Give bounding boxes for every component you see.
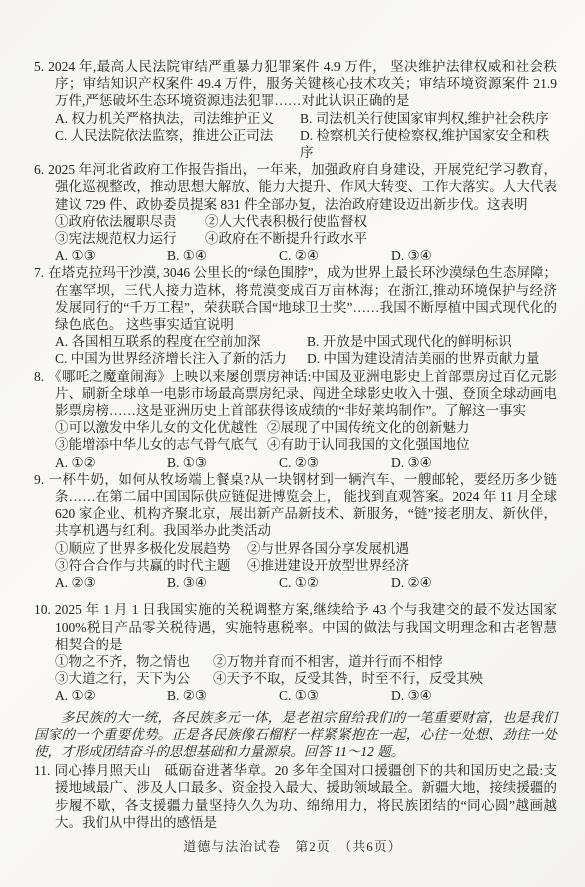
question-5-option-c: C. 人民法院依法监察，推进公正司法 [55, 127, 300, 161]
question-11-number: 11. [34, 763, 54, 778]
question-6-items-34: ③宪法规范权力运行 ④政府在不断提升行政水平 [55, 230, 557, 247]
question-9-item-1: ①顺应了世界多极化发展趋势 [55, 540, 247, 557]
question-9-item-2: ②与世界各国分享发展机遇 [247, 540, 409, 557]
question-7-option-a: A. 各国相互联系的程度在空前加深 [55, 333, 307, 350]
question-9-items-12: ①顺应了世界多极化发展趋势 ②与世界各国分享发展机遇 [55, 540, 557, 557]
question-8-item-2: ②展现了中国传统文化的创新魅力 [267, 419, 470, 436]
question-6-choice-b: B. ①④ [167, 247, 279, 264]
question-9-item-3: ③符合合作与共赢的时代主题 [55, 557, 247, 574]
question-6-stem: 6.2025 年河北省政府工作报告指出，一年来，加强政府自身建设，开展党纪学习教… [55, 161, 557, 213]
question-6-item-4: ④政府在不断提升行政水平 [205, 230, 367, 247]
question-11: 11.同心捧月照天山 砥砺奋进著华章。20 多年全国对口援疆创下的共和国历史之最… [34, 762, 557, 831]
question-11-stem: 11.同心捧月照天山 砥砺奋进著华章。20 多年全国对口援疆创下的共和国历史之最… [55, 762, 557, 831]
question-7-options-cd: C. 中国为世界经济增长注入了新的活力 D. 中国为建设清洁美丽的世界贡献力量 [55, 350, 557, 367]
question-9-text: 一杯牛奶，如何从牧场端上餐桌?从一块钢材到一辆汽车、一艘邮轮，要经历多少链条……… [48, 472, 557, 539]
material-intro-11-12: 多民族的大一统，各民族多元一体，是老祖宗留给我们的一笔重要财富，也是我们国家的一… [34, 709, 557, 761]
question-10-item-3: ③大道之行，天下为公 [55, 670, 213, 687]
question-6-items-12: ①政府依法履职尽责 ②人大代表积极行使监督权 [55, 213, 557, 230]
question-8-items-34: ③能增添中华儿女的志气骨气底气 ④有助于认同我国的文化强国地位 [55, 436, 557, 453]
question-10-item-1: ①物之不齐，物之情也 [55, 653, 213, 670]
question-7-number: 7. [34, 265, 48, 280]
question-7-stem: 7.在塔克拉玛干沙漠, 3046 公里长的“绿色围脖”，成为世界上最长环沙漠绿色… [55, 264, 557, 333]
question-10-choices: A. ①② B. ②③ C. ①③ D. ③④ [55, 687, 557, 704]
question-10-item-2: ②万物并育而不相害，道并行而不相悖 [213, 653, 443, 670]
question-10-item-4: ④天予不取，反受其咎，时至不行，反受其殃 [213, 670, 483, 687]
question-9-stem: 9.一杯牛奶，如何从牧场端上餐桌?从一块钢材到一辆汽车、一艘邮轮，要经历多少链条… [55, 471, 557, 540]
question-8-choice-a: A. ①② [55, 454, 167, 471]
question-5-options-cd: C. 人民法院依法监察，推进公正司法 D. 检察机关行使检察权,维护国家安全和秩… [55, 127, 557, 161]
question-6: 6.2025 年河北省政府工作报告指出，一年来，加强政府自身建设，开展党纪学习教… [34, 161, 557, 264]
question-5-option-d: D. 检察机关行使检察权,维护国家安全和秩序 [300, 127, 557, 161]
question-8-item-4: ④有助于认同我国的文化强国地位 [267, 436, 470, 453]
question-9-items-34: ③符合合作与共赢的时代主题 ④推进建设开放型世界经济 [55, 557, 557, 574]
question-6-item-3: ③宪法规范权力运行 [55, 230, 205, 247]
question-9: 9.一杯牛奶，如何从牧场端上餐桌?从一块钢材到一辆汽车、一艘邮轮，要经历多少链条… [34, 471, 557, 591]
question-8-item-3: ③能增添中华儿女的志气骨气底气 [55, 436, 267, 453]
question-5-stem: 5.2024 年,最高人民法院审结严重暴力犯罪案件 4.9 万件， 坚决维护法律… [55, 58, 557, 110]
question-8-number: 8. [34, 369, 48, 384]
question-8: 8.《哪吒之魔童闹海》上映以来屡创票房神话:中国及亚洲电影史上首部票房过百亿元影… [34, 368, 557, 471]
question-5-number: 5. [34, 59, 48, 74]
question-9-item-4: ④推进建设开放型世界经济 [247, 557, 409, 574]
question-9-choice-d: D. ②④ [391, 574, 557, 591]
question-6-choices: A. ①③ B. ①④ C. ②④ D. ③④ [55, 247, 557, 264]
question-9-choice-a: A. ②③ [55, 574, 167, 591]
question-10: 10.2025 年 1 月 1 日我国实施的关税调整方案,继续给予 43 个与我… [34, 601, 557, 704]
question-8-text: 《哪吒之魔童闹海》上映以来屡创票房神话:中国及亚洲电影史上首部票房过百亿元影片、… [48, 369, 557, 418]
question-9-choice-b: B. ③④ [167, 574, 279, 591]
question-6-item-1: ①政府依法履职尽责 [55, 213, 205, 230]
question-7-option-c: C. 中国为世界经济增长注入了新的活力 [55, 350, 307, 367]
question-7-option-b: B. 开放是中国式现代化的鲜明标识 [307, 333, 557, 350]
question-7: 7.在塔克拉玛干沙漠, 3046 公里长的“绿色围脖”，成为世界上最长环沙漠绿色… [34, 264, 557, 367]
question-9-choice-c: C. ①② [279, 574, 391, 591]
question-10-choice-b: B. ②③ [167, 687, 279, 704]
question-6-number: 6. [34, 162, 48, 177]
question-6-choice-c: C. ②④ [279, 247, 391, 264]
question-9-number: 9. [34, 472, 48, 487]
question-8-choices: A. ①② B. ①③ C. ②③ D. ③④ [55, 454, 557, 471]
question-8-stem: 8.《哪吒之魔童闹海》上映以来屡创票房神话:中国及亚洲电影史上首部票房过百亿元影… [55, 368, 557, 420]
question-10-number: 10. [34, 602, 55, 617]
question-6-choice-d: D. ③④ [391, 247, 557, 264]
question-10-choice-c: C. ①③ [279, 687, 391, 704]
question-10-choice-d: D. ③④ [391, 687, 557, 704]
question-5-option-a: A. 权力机关严格执法，司法维护正义 [55, 110, 300, 127]
question-11-text: 同心捧月照天山 砥砺奋进著华章。20 多年全国对口援疆创下的共和国历史之最:支援… [54, 763, 557, 830]
question-8-items-12: ①可以激发中华儿女的文化优越性 ②展现了中国传统文化的创新魅力 [55, 419, 557, 436]
question-7-text: 在塔克拉玛干沙漠, 3046 公里长的“绿色围脖”，成为世界上最长环沙漠绿色生态… [48, 265, 557, 332]
question-10-stem: 10.2025 年 1 月 1 日我国实施的关税调整方案,继续给予 43 个与我… [55, 601, 557, 653]
question-6-choice-a: A. ①③ [55, 247, 167, 264]
question-7-options-ab: A. 各国相互联系的程度在空前加深 B. 开放是中国式现代化的鲜明标识 [55, 333, 557, 350]
question-10-text: 2025 年 1 月 1 日我国实施的关税调整方案,继续给予 43 个与我建交的… [55, 602, 557, 651]
question-6-text: 2025 年河北省政府工作报告指出，一年来，加强政府自身建设，开展党纪学习教育，… [48, 162, 557, 211]
exam-page: 5.2024 年,最高人民法院审结严重暴力犯罪案件 4.9 万件， 坚决维护法律… [0, 0, 585, 887]
question-10-items-12: ①物之不齐，物之情也 ②万物并育而不相害，道并行而不相悖 [55, 653, 557, 670]
question-7-option-d: D. 中国为建设清洁美丽的世界贡献力量 [307, 350, 557, 367]
question-5-option-b: B. 司法机关行使国家审判权,维护社会秩序 [300, 110, 557, 127]
question-5-text: 2024 年,最高人民法院审结严重暴力犯罪案件 4.9 万件， 坚决维护法律权威… [48, 59, 557, 108]
question-9-choices: A. ②③ B. ③④ C. ①② D. ②④ [55, 574, 557, 591]
question-10-choice-a: A. ①② [55, 687, 167, 704]
question-5-options-ab: A. 权力机关严格执法，司法维护正义 B. 司法机关行使国家审判权,维护社会秩序 [55, 110, 557, 127]
question-6-item-2: ②人大代表积极行使监督权 [205, 213, 367, 230]
question-8-choice-b: B. ①③ [167, 454, 279, 471]
question-8-choice-d: D. ③④ [391, 454, 557, 471]
question-8-choice-c: C. ②③ [279, 454, 391, 471]
question-8-item-1: ①可以激发中华儿女的文化优越性 [55, 419, 267, 436]
page-footer: 道德与法治试卷 第2页 （共6页） [0, 838, 585, 855]
question-10-items-34: ③大道之行，天下为公 ④天予不取，反受其咎，时至不行，反受其殃 [55, 670, 557, 687]
question-5: 5.2024 年,最高人民法院审结严重暴力犯罪案件 4.9 万件， 坚决维护法律… [34, 58, 557, 161]
